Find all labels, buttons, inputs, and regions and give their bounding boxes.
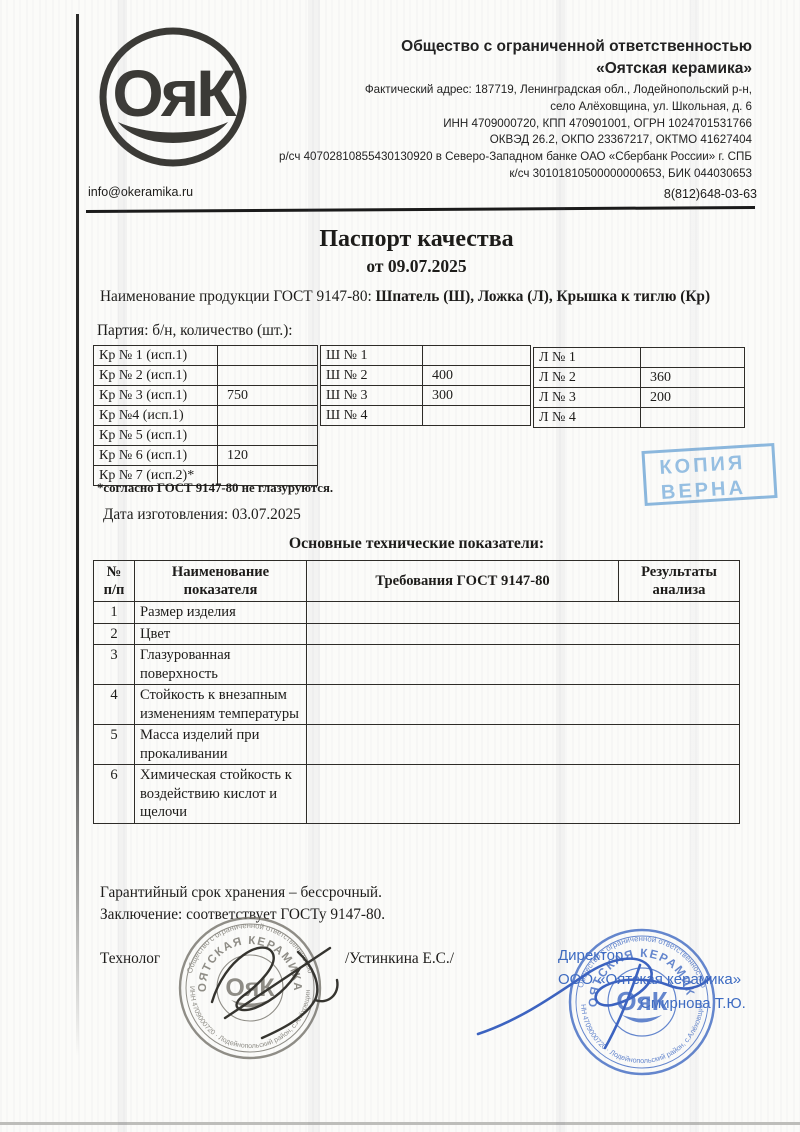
tech-table-row: 5Масса изделий при прокаливании bbox=[94, 725, 739, 765]
row-number: 6 bbox=[94, 765, 135, 823]
company-corr-account-line: к/сч 30101810500000000653, БИК 044030653 bbox=[250, 166, 752, 183]
company-address-line: Фактический адрес: 187719, Ленинградская… bbox=[250, 82, 752, 99]
company-logo-oyak: ОяК bbox=[98, 26, 248, 168]
batch-item-label: Кр № 3 (исп.1) bbox=[94, 386, 218, 405]
tech-table-row: 3Глазурованная поверхность bbox=[94, 645, 739, 685]
header-name: Наименование показателя bbox=[135, 561, 307, 601]
director-signature-block: Директор ООО «Оятская керамика» Смирнова… bbox=[558, 944, 746, 1016]
copy-verna-stamp: КОПИЯ ВЕРНА bbox=[641, 443, 777, 506]
tech-table-title: Основные технические показатели: bbox=[93, 535, 740, 553]
batch-table-row: Кр № 2 (исп.1) bbox=[94, 366, 317, 386]
company-phone: 8(812)648-03-63 bbox=[664, 187, 757, 201]
tech-table-header-row: № п/п Наименование показателя Требования… bbox=[94, 561, 739, 602]
document-date: от 09.07.2025 bbox=[93, 256, 740, 277]
technologist-signature bbox=[190, 930, 360, 1055]
indicator-name: Глазурованная поверхность bbox=[135, 645, 307, 684]
company-email: info@okeramika.ru bbox=[88, 185, 193, 199]
batch-item-label: Ш № 2 bbox=[321, 366, 423, 385]
batch-item-label: Кр № 2 (исп.1) bbox=[94, 366, 218, 385]
technologist-round-stamp: Общество с ограниченной ответственностью… bbox=[172, 910, 328, 1066]
batch-table-row: Л № 1 bbox=[534, 348, 744, 368]
tech-table-row: 6Химическая стойкость к воздействию кисл… bbox=[94, 765, 739, 823]
company-codes-line: ОКВЭД 26.2, ОКПО 23367217, ОКТМО 4162740… bbox=[250, 132, 752, 149]
batch-item-label: Л № 3 bbox=[534, 388, 641, 407]
stamp-ring-outer-bottom: ИНН 4709000720 · Лодейнопольский район, … bbox=[188, 983, 312, 1050]
batch-table-l: Л № 1Л № 2360Л № 3200Л № 4 bbox=[533, 347, 745, 428]
batch-table-kr: Кр № 1 (исп.1)Кр № 2 (исп.1)Кр № 3 (исп.… bbox=[93, 345, 318, 486]
batch-table-row: Кр №4 (исп.1) bbox=[94, 406, 317, 426]
batch-table-row: Ш № 3300 bbox=[321, 386, 530, 406]
batch-item-label: Ш № 1 bbox=[321, 346, 423, 365]
document-title: Паспорт качества bbox=[93, 226, 740, 253]
product-name-line: Наименование продукции ГОСТ 9147-80: Шпа… bbox=[100, 288, 760, 306]
logo-text: ОяК bbox=[112, 56, 237, 130]
stamp-ring-outer-top: Общество с ограниченной ответственностью bbox=[185, 921, 315, 975]
header-num: № п/п bbox=[94, 561, 135, 601]
requirements-results bbox=[307, 645, 739, 684]
stamp-logo-bowl bbox=[622, 1015, 662, 1023]
company-header-block: Общество с ограниченной ответственностью… bbox=[250, 36, 752, 183]
row-number: 1 bbox=[94, 602, 135, 623]
manufacture-date: Дата изготовления: 03.07.2025 bbox=[103, 506, 301, 524]
scan-edge-line bbox=[76, 14, 79, 1056]
batch-table-row: Ш № 1 bbox=[321, 346, 530, 366]
stamp-logo-text: ОяК bbox=[225, 974, 275, 1002]
tech-table-row: 2Цвет bbox=[94, 624, 739, 646]
technologist-name: /Устинкина Е.С./ bbox=[345, 950, 454, 968]
batch-table-row: Л № 4 bbox=[534, 408, 744, 427]
svg-text:Общество с ограниченной ответс: Общество с ограниченной ответственностью bbox=[185, 921, 315, 975]
conclusion-line: Заключение: соответствует ГОСТу 9147-80. bbox=[100, 906, 385, 924]
row-number: 2 bbox=[94, 624, 135, 645]
batch-item-label: Ш № 3 bbox=[321, 386, 423, 405]
batch-table-row: Кр № 1 (исп.1) bbox=[94, 346, 317, 366]
director-name: Смирнова Т.Ю. bbox=[558, 992, 746, 1016]
requirements-results bbox=[307, 725, 739, 764]
header-divider-line bbox=[86, 206, 755, 213]
indicator-name: Стойкость к внезапным изменениям темпера… bbox=[135, 685, 307, 724]
svg-text:ИНН 4709000720 · Лодейнопольск: ИНН 4709000720 · Лодейнопольский район, … bbox=[188, 983, 312, 1050]
row-number: 3 bbox=[94, 645, 135, 684]
batch-item-label: Л № 2 bbox=[534, 368, 641, 387]
batch-item-label: Кр № 6 (исп.1) bbox=[94, 446, 218, 465]
director-label: Директор bbox=[558, 944, 746, 968]
batch-table-row: Кр № 3 (исп.1)750 bbox=[94, 386, 317, 406]
batch-item-qty: 200 bbox=[641, 390, 744, 406]
tech-table-row: 1Размер изделия bbox=[94, 602, 739, 624]
batch-table-row: Кр № 6 (исп.1)120 bbox=[94, 446, 317, 466]
batch-intro-line: Партия: б/н, количество (шт.): bbox=[97, 322, 293, 340]
product-value: Шпатель (Ш), Ложка (Л), Крышка к тиглю (… bbox=[376, 288, 711, 305]
technical-indicators-table: № п/п Наименование показателя Требования… bbox=[93, 560, 740, 824]
stamp-ring-mid: «ОЯТСКАЯ КЕРАМИКА» bbox=[197, 935, 303, 992]
batch-item-label: Кр № 5 (исп.1) bbox=[94, 426, 218, 445]
batch-table-row: Л № 3200 bbox=[534, 388, 744, 408]
indicator-name: Цвет bbox=[135, 624, 307, 645]
batch-table-row: Ш № 4 bbox=[321, 406, 530, 425]
product-label: Наименование продукции ГОСТ 9147-80: bbox=[100, 288, 372, 305]
company-name-line1: Общество с ограниченной ответственностью bbox=[250, 36, 752, 58]
batch-table-row: Кр № 5 (исп.1) bbox=[94, 426, 317, 446]
batch-table-sh: Ш № 1Ш № 2400Ш № 3300Ш № 4 bbox=[320, 345, 531, 426]
stamp-logo-bowl bbox=[231, 1000, 269, 1008]
tech-table-row: 4Стойкость к внезапным изменениям темпер… bbox=[94, 685, 739, 725]
warranty-line: Гарантийный срок хранения – бессрочный. bbox=[100, 884, 382, 902]
svg-text:«ОЯТСКАЯ КЕРАМИКА»: «ОЯТСКАЯ КЕРАМИКА» bbox=[197, 935, 303, 992]
indicator-name: Масса изделий при прокаливании bbox=[135, 725, 307, 764]
batch-item-qty: 120 bbox=[218, 448, 317, 464]
requirements-results bbox=[307, 765, 739, 823]
batch-item-label: Л № 4 bbox=[534, 408, 641, 427]
quality-passport-document: ОяК Общество с ограниченной ответственно… bbox=[0, 0, 800, 1132]
indicator-name: Химическая стойкость к воздействию кисло… bbox=[135, 765, 307, 823]
indicator-name: Размер изделия bbox=[135, 602, 307, 623]
batch-item-label: Л № 1 bbox=[534, 348, 641, 367]
batch-item-qty: 360 bbox=[641, 370, 744, 386]
header-req: Требования ГОСТ 9147-80 bbox=[307, 561, 619, 601]
batch-item-qty: 750 bbox=[218, 388, 317, 404]
batch-item-qty: 400 bbox=[423, 368, 530, 384]
batch-table-row: Ш № 2400 bbox=[321, 366, 530, 386]
batch-item-qty: 300 bbox=[423, 388, 530, 404]
batch-item-label: Кр № 1 (исп.1) bbox=[94, 346, 218, 365]
scan-bottom-shadow bbox=[0, 1122, 800, 1125]
requirements-results bbox=[307, 602, 739, 623]
row-number: 5 bbox=[94, 725, 135, 764]
technologist-label: Технолог bbox=[100, 950, 160, 968]
batch-table-row: Л № 2360 bbox=[534, 368, 744, 388]
batch-item-label: Ш № 4 bbox=[321, 406, 423, 425]
glazing-footnote: *согласно ГОСТ 9147-80 не глазуруются. bbox=[97, 481, 333, 496]
company-address-line: село Алёховщина, ул. Школьная, д. 6 bbox=[250, 99, 752, 116]
director-company: ООО «Оятская керамика» bbox=[558, 968, 746, 992]
batch-item-label: Кр №4 (исп.1) bbox=[94, 406, 218, 425]
company-name-line2: «Оятская керамика» bbox=[250, 58, 752, 79]
company-bank-line: р/сч 40702810855430130920 в Северо-Запад… bbox=[250, 149, 752, 166]
company-registration-line: ИНН 4709000720, КПП 470901001, ОГРН 1024… bbox=[250, 116, 752, 133]
row-number: 4 bbox=[94, 685, 135, 724]
requirements-results bbox=[307, 624, 739, 645]
requirements-results bbox=[307, 685, 739, 724]
header-result: Результаты анализа bbox=[619, 561, 739, 601]
